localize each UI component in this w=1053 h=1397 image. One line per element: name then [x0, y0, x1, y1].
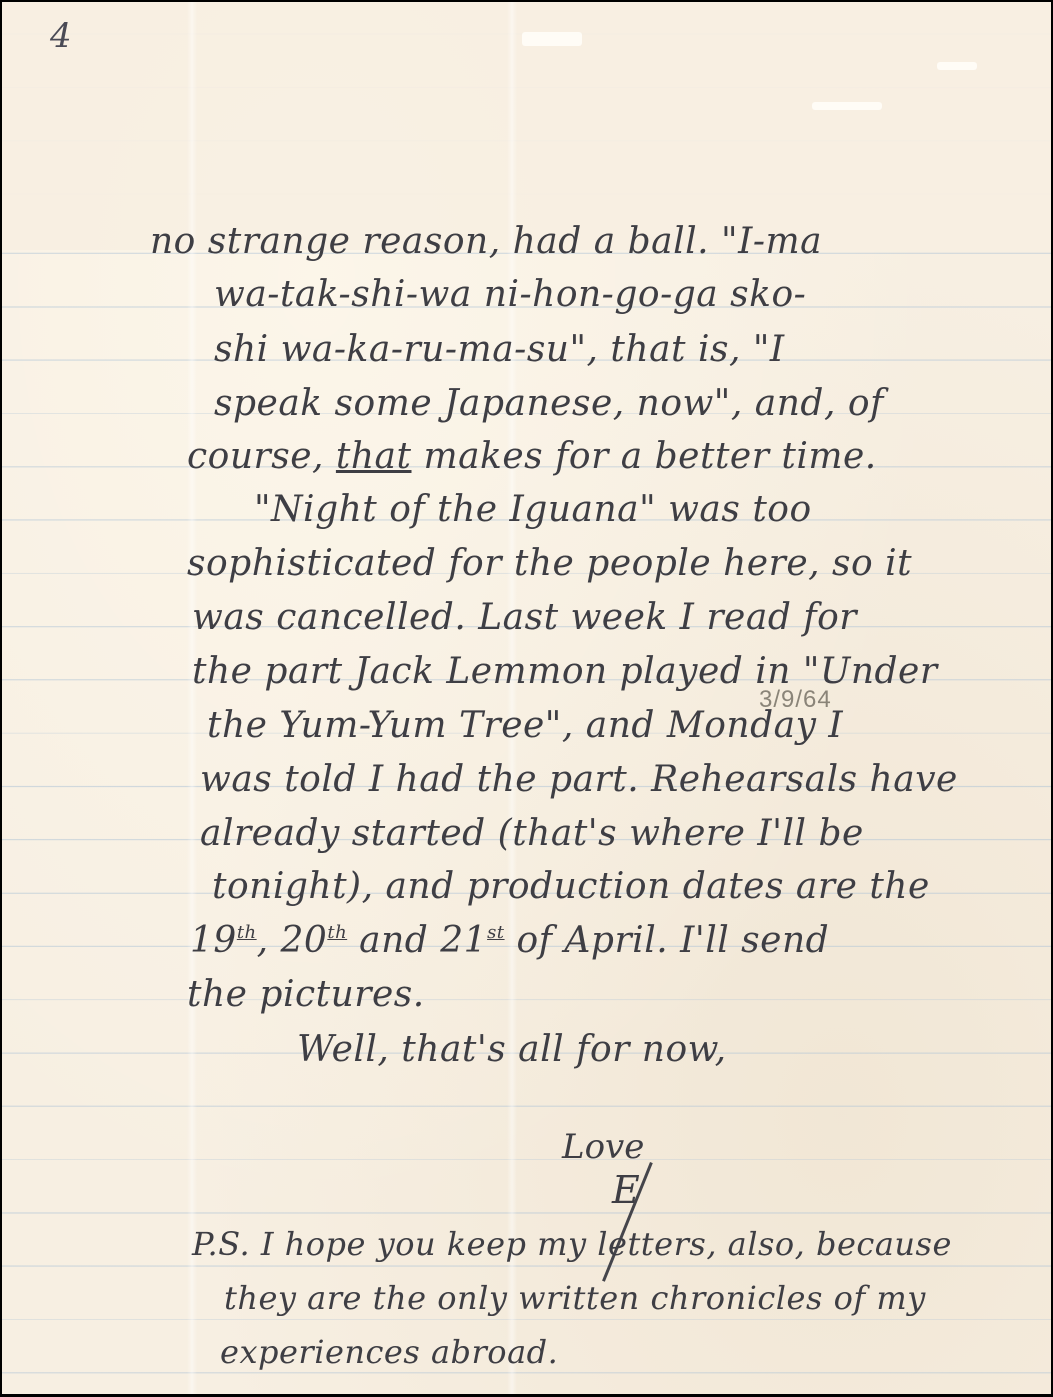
letter-line: "Night of the Iguana" was too	[254, 492, 812, 528]
ordinal-suffix: th	[327, 922, 347, 943]
letter-line: sophisticated for the people here, so it	[187, 546, 912, 582]
closing-line: Well, that's all for now,	[297, 1032, 727, 1068]
letter-page: 4 no strange reason, had a ball. "I-ma w…	[2, 2, 1051, 1394]
postscript-line: they are the only written chronicles of …	[224, 1282, 926, 1314]
letter-line: the pictures.	[187, 977, 425, 1013]
ordinal-suffix: st	[487, 922, 504, 943]
text-span: of April. I'll send	[505, 920, 830, 961]
tape-residue	[937, 62, 977, 70]
paper-fold-mark	[507, 2, 517, 1394]
tape-residue	[522, 32, 582, 46]
letter-line: speak some Japanese, now", and, of	[214, 386, 884, 422]
emphasized-word: that	[336, 436, 412, 477]
letter-line: the part Jack Lemmon played in "Under	[192, 654, 938, 690]
text-span: makes for a better time.	[412, 436, 877, 477]
text-span: , 20	[257, 920, 328, 961]
text-span: 19	[190, 920, 237, 961]
sign-off: Love	[562, 1127, 644, 1167]
postscript-line: experiences abroad.	[220, 1336, 558, 1368]
page-number: 4	[50, 16, 72, 56]
tape-residue	[812, 102, 882, 110]
postscript-line: P.S. I hope you keep my letters, also, b…	[192, 1228, 952, 1260]
letter-line: course, that makes for a better time.	[187, 439, 877, 475]
text-span: and 21	[347, 920, 487, 961]
ordinal-suffix: th	[237, 922, 257, 943]
letter-line: shi wa-ka-ru-ma-su", that is, "I	[214, 332, 785, 368]
letter-line: was told I had the part. Rehearsals have	[200, 762, 958, 798]
text-span: course,	[187, 436, 336, 477]
letter-line: no strange reason, had a ball. "I-ma	[150, 224, 822, 260]
letter-line: was cancelled. Last week I read for	[192, 600, 857, 636]
letter-line: tonight), and production dates are the	[212, 869, 930, 905]
paper-fold-mark	[187, 2, 197, 1394]
letter-line: already started (that's where I'll be	[200, 816, 864, 852]
letter-line: wa-tak-shi-wa ni-hon-go-ga sko-	[214, 277, 806, 313]
letter-line: 19th, 20th and 21st of April. I'll send	[190, 923, 829, 959]
letter-line: the Yum-Yum Tree", and Monday I	[207, 708, 843, 744]
